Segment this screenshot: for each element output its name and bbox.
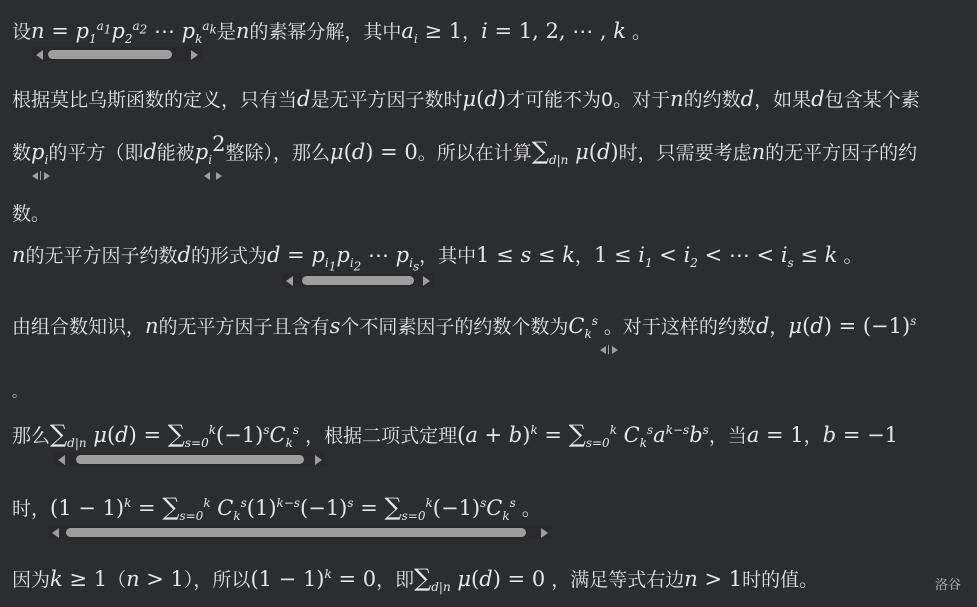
scrollbar-thumb[interactable] (76, 455, 304, 464)
scroll-left-arrow-icon[interactable] (58, 455, 65, 465)
math-index-range: 1 ≤ i1 < i2 < ⋯ < is ≤ k (594, 243, 837, 267)
text-segment: 时，只需要考虑 (619, 142, 752, 164)
text-segment: 数 (12, 142, 31, 164)
paragraph-mobius-definition-line1: 根据莫比乌斯函数的定义，只有当d是无平方因子数时μ(d)才可能不为0。对于n的约… (12, 84, 920, 114)
scrollbar-thumb[interactable] (608, 345, 609, 354)
math-d: d (811, 87, 824, 111)
math-d: d (756, 314, 769, 338)
text-segment: ，根据二项式定理 (299, 425, 457, 447)
text-segment: 时， (12, 498, 50, 520)
scrollbar-thumb[interactable] (48, 50, 172, 59)
scrollbar-thumb[interactable] (66, 528, 526, 537)
math-d: d (297, 87, 310, 111)
text-segment: 那么 (12, 425, 50, 447)
text-segment: 数。 (12, 203, 50, 225)
math-horizontal-scrollbar[interactable] (598, 344, 620, 356)
math-sum-mu-eq-sum-binomial: ∑d|n μ(d) = ∑s=0k(−1)sCks (50, 423, 299, 447)
math-factorization: n = p1a1p2a2 ⋯ pkak (31, 19, 217, 43)
text-segment: ， (462, 21, 481, 43)
text-segment: 的素幂分解，其中 (249, 21, 401, 43)
paragraph-squarefree-divisor-form: n的无平方因子约数d的形式为d = pi1pi2 ⋯ pis，其中1 ≤ s ≤… (12, 240, 862, 270)
paragraph-conclusion: 因为k ≥ 1（n > 1），所以(1 − 1)k = 0，即∑d|n μ(d)… (12, 563, 818, 593)
math-binomial-expansion: (1 − 1)k = ∑s=0k Cks(1)k−s(−1)s = ∑s=0k(… (50, 496, 516, 520)
scroll-right-arrow-icon[interactable] (423, 276, 430, 286)
text-segment: 的约数 (684, 89, 741, 111)
math-b-eq-neg1: b = −1 (823, 423, 898, 447)
text-segment: 。 (626, 21, 651, 43)
text-segment: 。 (516, 498, 541, 520)
text-segment: ，满足等式右边 (545, 569, 684, 591)
math-horizontal-scrollbar[interactable] (282, 273, 434, 287)
paragraph-binomial-line1: 那么∑d|n μ(d) = ∑s=0k(−1)sCks ，根据二项式定理(a +… (12, 419, 898, 449)
math-binomial-c-k-s: Cks (568, 314, 598, 338)
scroll-left-arrow-icon[interactable] (32, 172, 38, 180)
text-segment: ，如果 (754, 89, 811, 111)
scroll-left-arrow-icon[interactable] (36, 50, 43, 60)
text-segment: 的无平方因子的约 (765, 142, 917, 164)
text-segment: 的形式为 (191, 245, 267, 267)
text-segment: ， (769, 316, 788, 338)
text-segment: 。 (12, 385, 26, 401)
paragraph-combinatorics-line1: 由组合数知识，n的无平方因子且含有s个不同素因子的约数个数为Cks 。对于这样的… (12, 311, 916, 341)
text-segment: 由组合数知识， (12, 316, 145, 338)
text-segment: 才可能不为0。对于 (506, 89, 670, 111)
math-n: n (236, 19, 250, 43)
paragraph-prime-factorization: 设n = p1a1p2a2 ⋯ pkak是n的素幂分解，其中ai ≥ 1，i =… (12, 16, 651, 46)
scroll-left-arrow-icon[interactable] (286, 276, 293, 286)
text-segment: 因为 (12, 569, 50, 591)
paragraph-mobius-definition-line3: 数。 (12, 199, 50, 229)
scroll-left-arrow-icon[interactable] (600, 346, 606, 354)
math-mu-d: μ(d) (462, 87, 506, 111)
math-d: d (178, 243, 191, 267)
text-segment: ，即 (376, 569, 414, 591)
math-s-range: 1 ≤ s ≤ k (476, 243, 575, 267)
text-segment: 。 (837, 245, 862, 267)
math-d: d (741, 87, 754, 111)
math-horizontal-scrollbar[interactable] (54, 452, 326, 466)
text-segment: 的无平方因子约数 (26, 245, 178, 267)
scroll-right-arrow-icon[interactable] (216, 172, 222, 180)
math-horizontal-scrollbar[interactable] (202, 170, 224, 182)
math-sum-mu-eq-0: ∑d|n μ(d) = 0 (414, 567, 545, 591)
scroll-right-arrow-icon[interactable] (44, 172, 50, 180)
text-segment: ），所以 (184, 569, 251, 591)
math-mu-d-eq-neg1-pow-s: μ(d) = (−1)s (788, 314, 916, 338)
text-segment: 时的值。 (742, 569, 818, 591)
math-d: d (143, 140, 156, 164)
math-n-gt-1: n > 1 (126, 567, 184, 591)
math-binomial-theorem: (a + b)k = ∑s=0k Cksak−sbs (457, 423, 709, 447)
scrollbar-thumb[interactable] (302, 276, 414, 285)
text-segment: 。所以在计算 (418, 142, 532, 164)
text-segment: 是无平方因子数时 (310, 89, 462, 111)
math-sum-d-divides-n-mu-d: ∑d|n μ(d) (532, 140, 619, 164)
math-horizontal-scrollbar[interactable] (32, 47, 202, 61)
math-n: n (670, 87, 684, 111)
text-segment: ， (575, 245, 594, 267)
scroll-left-arrow-icon[interactable] (52, 528, 59, 538)
math-n: n (752, 140, 766, 164)
math-p-i-squared: pi2 (195, 140, 226, 164)
scroll-right-arrow-icon[interactable] (541, 528, 548, 538)
math-1-minus-1-pow-k-eq-0: (1 − 1)k = 0 (250, 567, 376, 591)
luogu-watermark: 洛谷 (935, 574, 961, 593)
text-segment: 的平方（即 (48, 142, 143, 164)
text-segment: （ (107, 569, 126, 591)
text-segment: 设 (12, 21, 31, 43)
math-ai-geq-1: ai ≥ 1 (401, 19, 462, 43)
math-horizontal-scrollbar[interactable] (30, 170, 52, 182)
math-i-range: i = 1, 2, ⋯ , k (481, 19, 626, 43)
text-segment: 个不同素因子的约数个数为 (340, 316, 568, 338)
text-segment: ， (804, 425, 823, 447)
math-n-gt-1: n > 1 (684, 567, 742, 591)
text-segment: 是 (217, 21, 236, 43)
text-segment: 能被 (157, 142, 195, 164)
math-p-i: pi (31, 140, 48, 164)
scroll-left-arrow-icon[interactable] (204, 172, 210, 180)
text-segment: 整除），那么 (225, 142, 330, 164)
math-n: n (145, 314, 159, 338)
text-segment: 根据莫比乌斯函数的定义，只有当 (12, 89, 297, 111)
math-d-product: d = pi1pi2 ⋯ pis (267, 243, 419, 267)
math-mu-d-eq-0: μ(d) = 0 (330, 140, 418, 164)
math-horizontal-scrollbar[interactable] (48, 525, 552, 539)
text-segment: 的无平方因子且含有 (159, 316, 330, 338)
text-segment: ，当 (709, 425, 747, 447)
text-segment: 。对于这样的约数 (598, 316, 756, 338)
scrollbar-thumb[interactable] (40, 171, 41, 180)
math-n: n (12, 243, 26, 267)
paragraph-mobius-definition-line2: 数pi的平方（即d能被pi2整除），那么μ(d) = 0。所以在计算∑d|n μ… (12, 136, 917, 166)
scroll-right-arrow-icon[interactable] (612, 346, 618, 354)
scroll-right-arrow-icon[interactable] (315, 455, 322, 465)
paragraph-binomial-line2: 时，(1 − 1)k = ∑s=0k Cks(1)k−s(−1)s = ∑s=0… (12, 492, 541, 522)
math-a-eq-1: a = 1 (747, 423, 804, 447)
math-s: s (330, 314, 341, 338)
text-segment: 包含某个素 (825, 89, 920, 111)
paragraph-combinatorics-line2: 。 (12, 378, 26, 408)
math-k-geq-1: k ≥ 1 (50, 567, 107, 591)
text-segment: ，其中 (419, 245, 476, 267)
scroll-right-arrow-icon[interactable] (191, 50, 198, 60)
